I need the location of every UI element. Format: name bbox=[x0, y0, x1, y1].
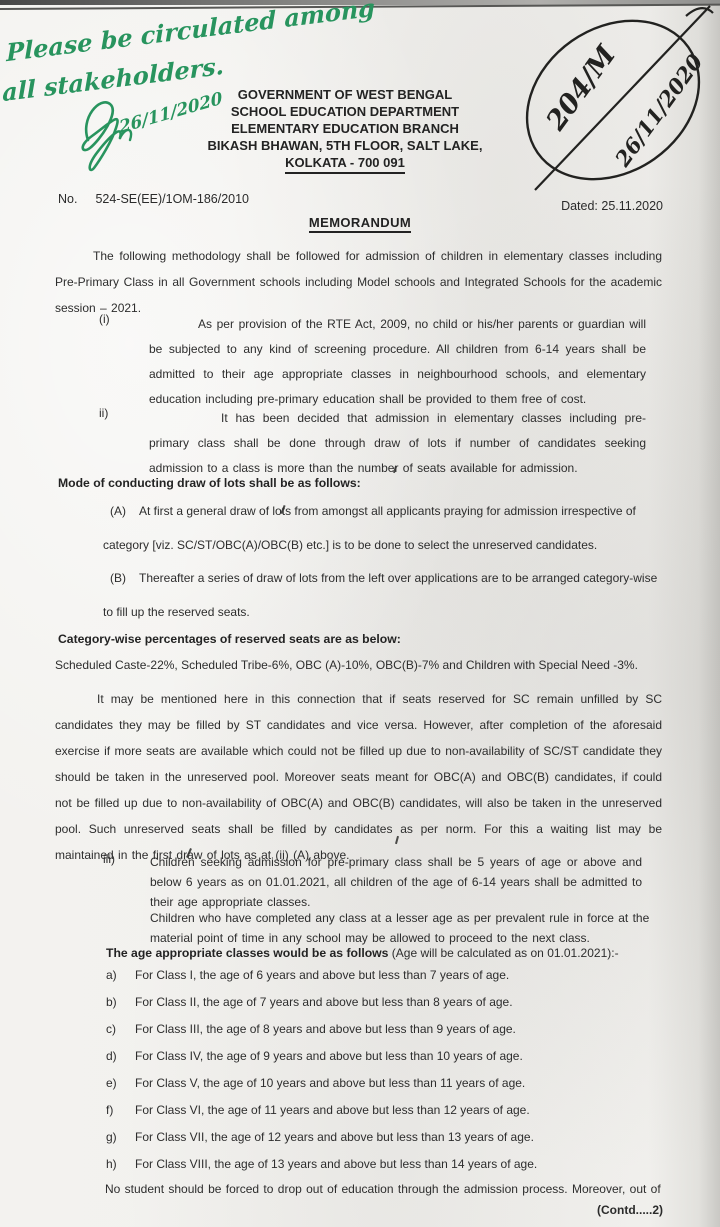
age-heading: The age appropriate classes would be as … bbox=[106, 946, 619, 960]
list-item: d)For Class IV, the age of 9 years and a… bbox=[106, 1049, 680, 1076]
government-name: GOVERNMENT OF WEST BENGAL bbox=[0, 86, 690, 103]
department-name: SCHOOL EDUCATION DEPARTMENT bbox=[0, 103, 690, 120]
category-heading: Category-wise percentages of reserved se… bbox=[58, 632, 401, 646]
age-item-label: e) bbox=[106, 1076, 135, 1103]
age-item-text: For Class VIII, the age of 13 years and … bbox=[135, 1157, 537, 1184]
draw-item-a-line-2: category [viz. SC/ST/OBC(A)/OBC(B) etc.]… bbox=[103, 538, 597, 552]
item-i-label: (i) bbox=[99, 312, 149, 412]
list-item-iii: iii) Children seeking admission for pre-… bbox=[103, 852, 642, 912]
age-item-label: b) bbox=[106, 995, 135, 1022]
intro-paragraph: The following methodology shall be follo… bbox=[55, 243, 662, 321]
percentages-line: Scheduled Caste-22%, Scheduled Tribe-6%,… bbox=[55, 658, 638, 672]
city-postal-line: KOLKATA - 700 091 bbox=[285, 154, 405, 174]
age-item-label: c) bbox=[106, 1022, 135, 1049]
item-a-label: (A) bbox=[110, 504, 126, 518]
stamp-corner-stroke-icon bbox=[686, 8, 713, 16]
item-b-label: (B) bbox=[110, 571, 126, 585]
item-ii-label: ii) bbox=[99, 406, 149, 481]
document-page: Please be circulated among all stakehold… bbox=[0, 0, 720, 1227]
reserved-seats-paragraph: It may be mentioned here in this connect… bbox=[55, 686, 662, 868]
age-item-text: For Class III, the age of 8 years and ab… bbox=[135, 1022, 516, 1049]
age-item-text: For Class VII, the age of 12 years and a… bbox=[135, 1130, 534, 1157]
contd-note: (Contd.....2) bbox=[597, 1203, 663, 1217]
age-item-text: For Class IV, the age of 9 years and abo… bbox=[135, 1049, 523, 1076]
list-item: a)For Class I, the age of 6 years and ab… bbox=[106, 968, 680, 995]
item-b-text-1: Thereafter a series of draw of lots from… bbox=[139, 571, 657, 585]
age-class-list: a)For Class I, the age of 6 years and ab… bbox=[106, 968, 680, 1184]
letterhead: GOVERNMENT OF WEST BENGAL SCHOOL EDUCATI… bbox=[0, 86, 690, 174]
address-line: BIKASH BHAWAN, 5TH FLOOR, SALT LAKE, bbox=[0, 137, 690, 154]
age-item-text: For Class VI, the age of 11 years and ab… bbox=[135, 1103, 530, 1130]
list-item: g)For Class VII, the age of 12 years and… bbox=[106, 1130, 680, 1157]
draw-item-b-line-2: to fill up the reserved seats. bbox=[103, 605, 250, 619]
reference-label: No. bbox=[58, 192, 77, 206]
branch-name: ELEMENTARY EDUCATION BRANCH bbox=[0, 120, 690, 137]
age-item-label: d) bbox=[106, 1049, 135, 1076]
age-heading-bold: The age appropriate classes would be as … bbox=[106, 946, 388, 960]
reference-value: 524-SE(EE)/1OM-186/2010 bbox=[95, 192, 249, 206]
item-a-text-1: At first a general draw of lots from amo… bbox=[139, 504, 636, 518]
age-item-label: f) bbox=[106, 1103, 135, 1130]
reference-number: No.524-SE(EE)/1OM-186/2010 bbox=[58, 192, 249, 206]
item-i-text: As per provision of the RTE Act, 2009, n… bbox=[149, 312, 646, 412]
age-item-text: For Class I, the age of 6 years and abov… bbox=[135, 968, 509, 995]
item-iii-label: iii) bbox=[103, 852, 150, 912]
age-heading-rest: (Age will be calculated as on 01.01.2021… bbox=[388, 946, 618, 960]
item-ii-text: It has been decided that admission in el… bbox=[149, 406, 646, 481]
age-item-label: a) bbox=[106, 968, 135, 995]
list-item: h)For Class VIII, the age of 13 years an… bbox=[106, 1157, 680, 1184]
draw-item-b-line-1: (B)Thereafter a series of draw of lots f… bbox=[110, 571, 657, 585]
list-item: f)For Class VI, the age of 11 years and … bbox=[106, 1103, 680, 1130]
date-line: Dated: 25.11.2020 bbox=[561, 199, 663, 213]
closing-paragraph: No student should be forced to drop out … bbox=[105, 1182, 661, 1196]
item-iii-text: Children seeking admission for pre-prima… bbox=[150, 852, 642, 912]
draw-item-a-line-1: (A)At first a general draw of lots from … bbox=[110, 504, 636, 518]
list-item: c)For Class III, the age of 8 years and … bbox=[106, 1022, 680, 1049]
age-item-text: For Class II, the age of 7 years and abo… bbox=[135, 995, 513, 1022]
age-item-label: g) bbox=[106, 1130, 135, 1157]
memo-title-wrap: MEMORANDUM bbox=[0, 214, 720, 233]
mode-heading: Mode of conducting draw of lots shall be… bbox=[58, 476, 361, 490]
list-item: e)For Class V, the age of 10 years and a… bbox=[106, 1076, 680, 1103]
memo-title: MEMORANDUM bbox=[309, 215, 411, 233]
age-item-text: For Class V, the age of 10 years and abo… bbox=[135, 1076, 525, 1103]
list-item-ii: ii) It has been decided that admission i… bbox=[99, 406, 646, 481]
pre-primary-note: Children who have completed any class at… bbox=[150, 908, 655, 948]
list-item-i: (i) As per provision of the RTE Act, 200… bbox=[99, 312, 646, 412]
age-item-label: h) bbox=[106, 1157, 135, 1184]
list-item: b)For Class II, the age of 7 years and a… bbox=[106, 995, 680, 1022]
